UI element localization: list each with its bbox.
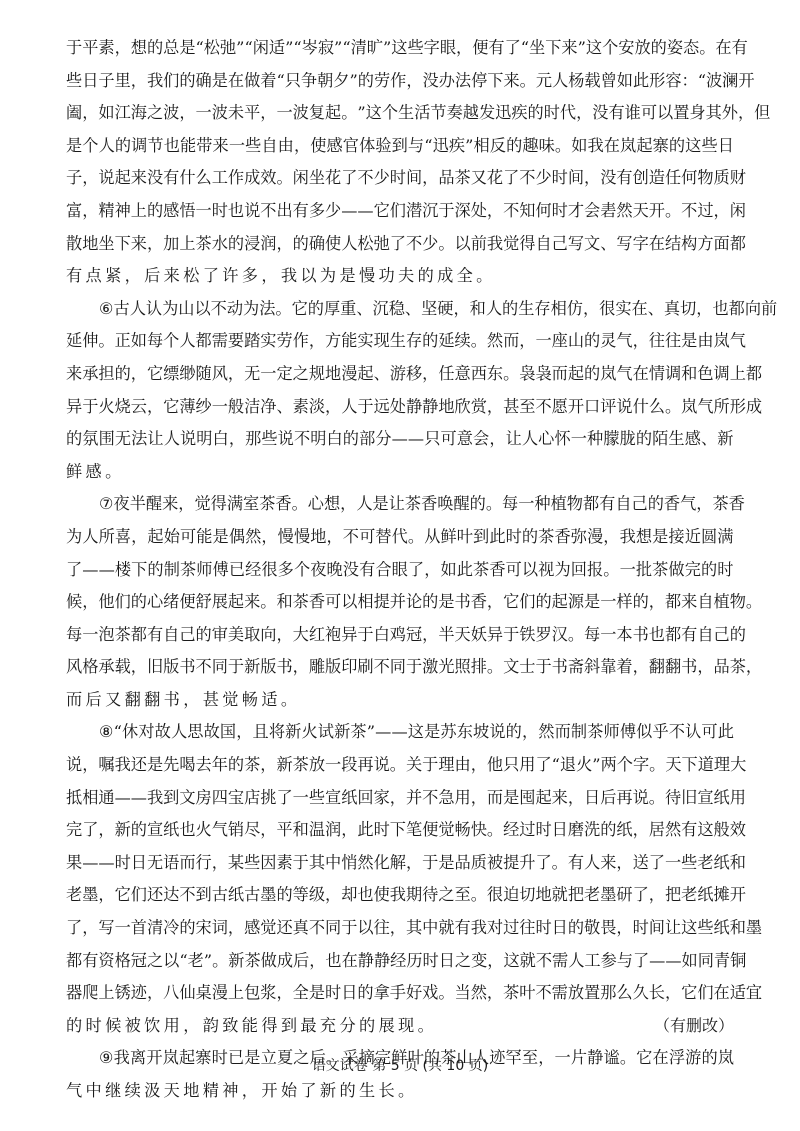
text-line: 来承担的，它缥缈随风，无一定之规地漫起、游移，任意西东。袅袅而起的岚气在情调和色…	[66, 358, 734, 391]
text-line: 候，他们的心绪便舒展起来。和茶香可以相提并论的是书香，它们的起源是一样的，都来自…	[66, 586, 734, 619]
text-line: 鲜感。	[66, 456, 734, 489]
text-line: 风格承载，旧版书不同于新版书，雕版印刷不同于激光照排。文士于书斋斜靠着，翻翻书，…	[66, 651, 734, 684]
text-line: 都有资格冠之以“老”。新茶做成后，也在静静经历时日之变，这就不需人工参与了——如…	[66, 945, 734, 978]
text-line: ⑥古人认为山以不动为法。它的厚重、沉稳、坚硬，和人的生存相仿，很实在、真切，也都…	[66, 293, 734, 326]
text-line: 抵相通——我到文房四宝店挑了一些宣纸回家，并不急用，而是囤起来，日后再说。待旧宣…	[66, 782, 734, 815]
text-line: 些日子里，我们的确是在做着“只争朝夕”的劳作，没办法停下来。元人杨载曾如此形容：…	[66, 65, 734, 98]
text-line: 于平素，想的总是“松弛”“闲适”“岑寂”“清旷”这些字眼，便有了“坐下来”这个安…	[66, 32, 734, 65]
text-line: ⑧“休对故人思故国，且将新火试新茶”——这是苏东坡说的，然而制茶师傅似乎不认可此	[66, 716, 734, 749]
text-line: 散地坐下来，加上茶水的浸润，的确使人松弛了不少。以前我觉得自己写文、写字在结构方…	[66, 228, 734, 261]
page-footer: 语文试卷 第 5 页 (共 10 页)	[0, 1054, 800, 1078]
text-line: 为人所喜，起始可能是偶然，慢慢地，不可替代。从鲜叶到此时的茶香弥漫，我想是接近圆…	[66, 521, 734, 554]
text-line: 每一泡茶都有自己的审美取向，大红袍异于白鸡冠，半天妖异于铁罗汉。每一本书也都有自…	[66, 619, 734, 652]
text-line: 器爬上锈迹，八仙桌漫上包浆，全是时日的拿手好戏。当然，茶叶不需放置那么久长，它们…	[66, 977, 734, 1010]
text-line: 的时候被饮用，韵致能得到最充分的展现。	[66, 1010, 734, 1043]
text-line: 子，说起来没有什么工作成效。闲坐花了不少时间，品茶又花了不少时间，没有创造任何物…	[66, 162, 734, 195]
text-line: 的氛围无法让人说明白，那些说不明白的部分——只可意会，让人心怀一种朦胧的陌生感、…	[66, 423, 734, 456]
text-line: 老墨，它们还达不到古纸古墨的等级，却也使我期待之至。很迫切地就把老墨研了，把老纸…	[66, 879, 734, 912]
text-line: 说，嘱我还是先喝去年的茶，新茶放一段再说。关于理由，他只用了“退火”两个字。天下…	[66, 749, 734, 782]
text-line: 果——时日无语而行，某些因素于其中悄然化解，于是品质被提升了。有人来，送了一些老…	[66, 847, 734, 880]
text-line: 阖，如江海之波，一波未平，一波复起。”这个生活节奏越发迅疾的时代，没有谁可以置身…	[66, 97, 734, 130]
text-line: 延伸。正如每个人都需要踏实劳作，方能实现生存的延续。然而，一座山的灵气，往往是由…	[66, 325, 734, 358]
text-line: 富，精神上的感悟一时也说不出有多少——它们潜沉于深处，不知何时才会砉然天开。不过…	[66, 195, 734, 228]
text-line: 有点紧，后来松了许多，我以为是慢功夫的成全。	[66, 260, 734, 293]
text-line: 而后又翻翻书，甚觉畅适。	[66, 684, 734, 717]
text-line: 异于火烧云，它薄纱一般洁净、素淡，人于远处静静地欣赏，甚至不愿开口评说什么。岚气…	[66, 391, 734, 424]
text-line: ⑦夜半醒来，觉得满室茶香。心想，人是让茶香唤醒的。每一种植物都有自己的香气，茶香	[66, 488, 734, 521]
text-line: 完了，新的宣纸也火气销尽，平和温润，此时下笔便觉畅快。经过时日磨洗的纸，居然有这…	[66, 814, 734, 847]
document-body: 于平素，想的总是“松弛”“闲适”“岑寂”“清旷”这些字眼，便有了“坐下来”这个安…	[66, 32, 734, 1108]
text-line: 气中继续汲天地精神，开始了新的生长。	[66, 1075, 734, 1108]
text-line: 了——楼下的制茶师傅已经很多个夜晚没有合眼了，如此茶香可以视为回报。一批茶做完的…	[66, 554, 734, 587]
source-note: （有删改）	[654, 1013, 734, 1039]
text-line: 了，写一首清冷的宋词，感觉还真不同于以往，其中就有我对过往时日的敬畏，时间让这些…	[66, 912, 734, 945]
text-line: 是个人的调节也能带来一些自由，使感官体验到与“迅疾”相反的趣味。如我在岚起寨的这…	[66, 130, 734, 163]
